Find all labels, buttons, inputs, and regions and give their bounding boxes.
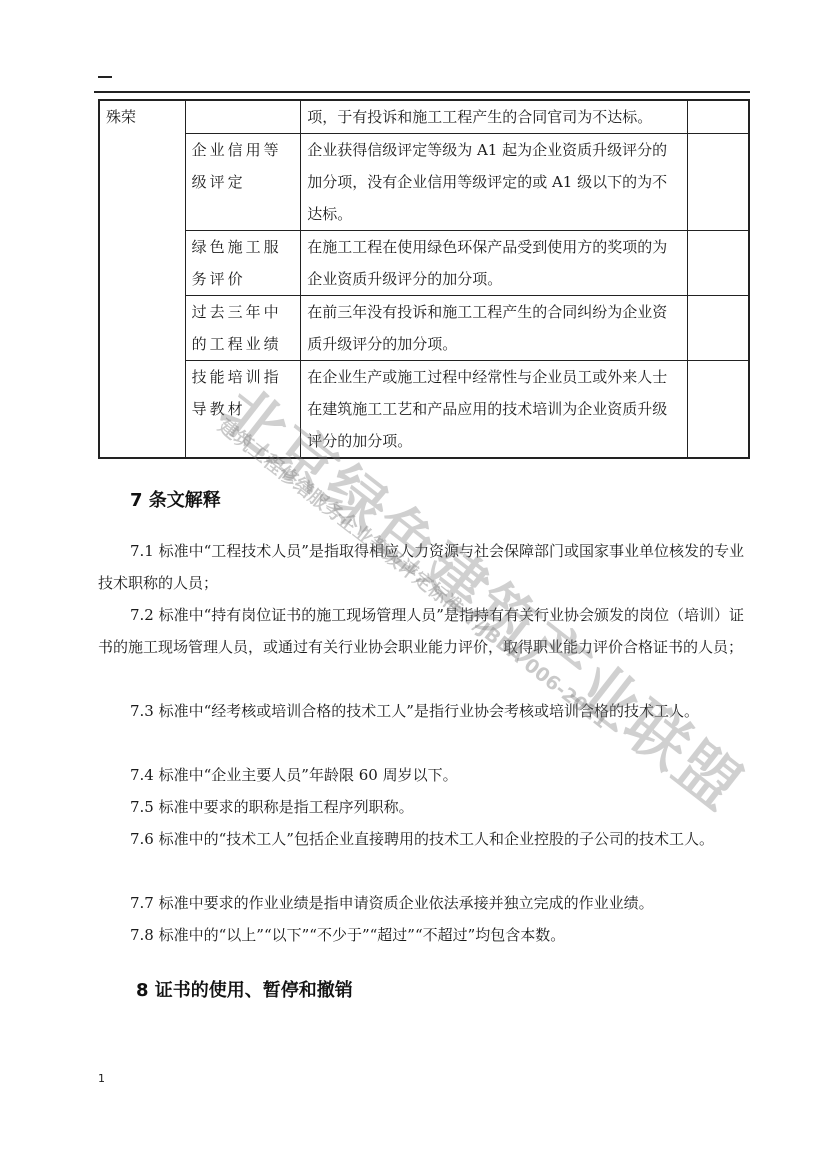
table-row: 殊荣 项，于有投诉和施工工程产生的合同官司为不达标。 [99, 100, 749, 134]
item-cell [185, 100, 301, 134]
item-cell: 过去三年中的工程业绩 [185, 296, 301, 361]
criteria-table: 殊荣 项，于有投诉和施工工程产生的合同官司为不达标。 企业信用等级评定 企业获得… [98, 99, 750, 459]
clause-7-2: 7.2 标准中“持有岗位证书的施工现场管理人员”是指持有有关行业协会颁发的岗位（… [98, 599, 753, 663]
table-row: 企业信用等级评定 企业获得信级评定等级为 A1 起为企业资质升级评分的加分项，没… [99, 134, 749, 231]
table-row: 绿色施工服务评价 在施工工程在使用绿色环保产品受到使用方的奖项的为企业资质升级评… [99, 231, 749, 296]
item-cell: 绿色施工服务评价 [185, 231, 301, 296]
header-dash [98, 76, 112, 78]
score-cell [688, 231, 749, 296]
clause-7-7: 7.7 标准中要求的作业业绩是指申请资质企业依法承接并独立完成的作业业绩。 [98, 887, 753, 919]
clause-7-8: 7.8 标准中的“以上”“以下”“不少于”“超过”“不超过”均包含本数。 [98, 919, 753, 951]
table-row: 过去三年中的工程业绩 在前三年没有投诉和施工工程产生的合同纠纷为企业资质升级评分… [99, 296, 749, 361]
score-cell [688, 296, 749, 361]
score-cell [688, 100, 749, 134]
item-cell: 技能培训指导教材 [185, 361, 301, 459]
description-cell: 项，于有投诉和施工工程产生的合同官司为不达标。 [301, 100, 688, 134]
header-rule [94, 91, 750, 93]
section-8-title: 8 证书的使用、暂停和撤销 [136, 976, 353, 1002]
item-cell: 企业信用等级评定 [185, 134, 301, 231]
clause-7-3: 7.3 标准中“经考核或培训合格的技术工人”是指行业协会考核或培训合格的技术工人… [98, 695, 753, 727]
clause-7-4: 7.4 标准中“企业主要人员”年龄限 60 周岁以下。 [98, 759, 753, 791]
section-7-title: 7 条文解释 [130, 486, 221, 512]
description-cell: 在前三年没有投诉和施工工程产生的合同纠纷为企业资质升级评分的加分项。 [301, 296, 688, 361]
description-cell: 企业获得信级评定等级为 A1 起为企业资质升级评分的加分项，没有企业信用等级评定… [301, 134, 688, 231]
clause-7-1: 7.1 标准中“工程技术人员”是指取得相应人力资源与社会保障部门或国家事业单位核… [98, 535, 753, 599]
category-cell: 殊荣 [99, 100, 185, 458]
clause-7-5: 7.5 标准中要求的职称是指工程序列职称。 [98, 791, 753, 823]
score-cell [688, 134, 749, 231]
table-row: 技能培训指导教材 在企业生产或施工过程中经常性与企业员工或外来人士在建筑施工工艺… [99, 361, 749, 459]
clause-7-6: 7.6 标准中的“技术工人”包括企业直接聘用的技术工人和企业控股的子公司的技术工… [98, 823, 753, 855]
description-cell: 在施工工程在使用绿色环保产品受到使用方的奖项的为企业资质升级评分的加分项。 [301, 231, 688, 296]
description-cell: 在企业生产或施工过程中经常性与企业员工或外来人士在建筑施工工艺和产品应用的技术培… [301, 361, 688, 459]
score-cell [688, 361, 749, 459]
page-number: 1 [98, 1072, 105, 1085]
